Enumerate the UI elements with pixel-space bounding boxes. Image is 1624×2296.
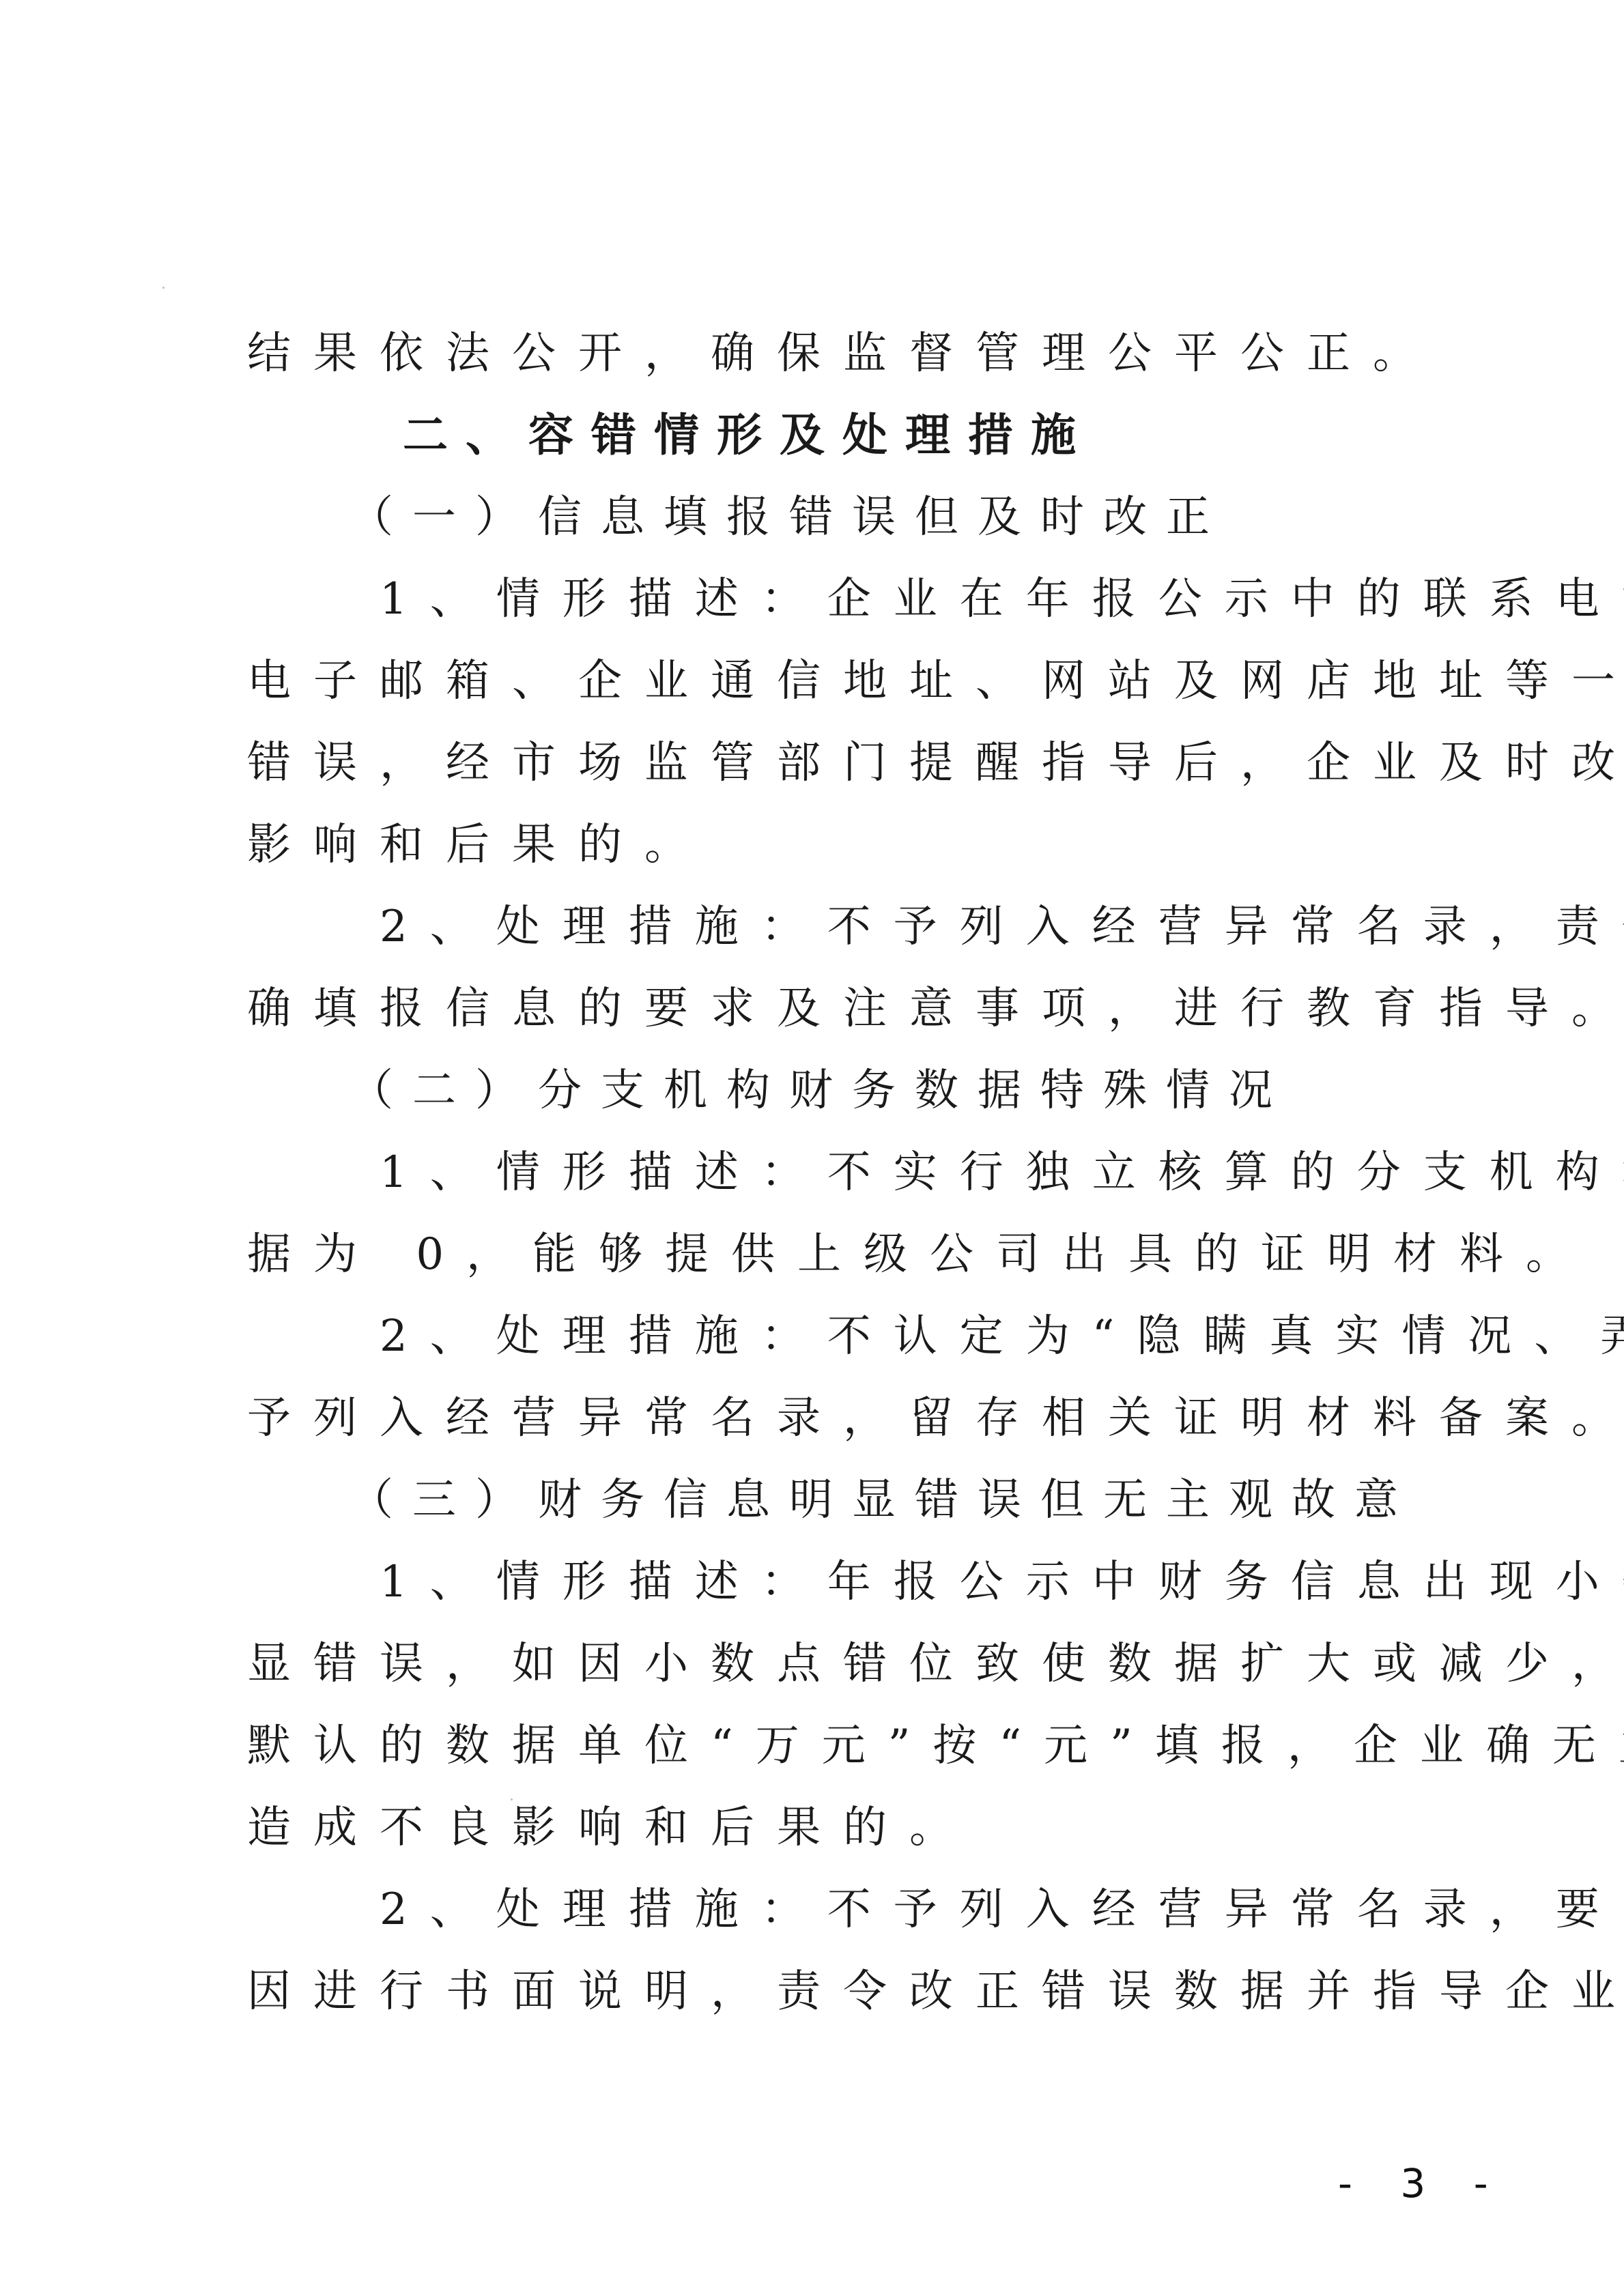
item-description-3-cont: 造成不良影响和后果的。 [247,1787,1446,1869]
item-description-1-cont: 影响和后果的。 [247,804,1446,886]
item-description-3: 1、情形描述：年报公示中财务信息出现小数点、单位等明 [247,1541,1446,1623]
page-number: - 3 - [1338,2160,1506,2207]
item-measure-1: 2、处理措施：不予列入经营异常名录，责令改正并告知正 [247,886,1446,968]
subsection-heading-1: （一）信息填报错误但及时改正 [247,476,1446,558]
item-measure-3-cont: 因进行书面说明，责令改正错误数据并指导企业规范财务信息填 [247,1951,1446,2033]
item-description-1-cont: 错误，经市场监管部门提醒指导后，企业及时改正，未造成不良 [247,722,1446,804]
item-description-3-cont: 显错误，如因小数点错位致使数据扩大或减少，以及错误把系统 [247,1623,1446,1705]
item-measure-2: 2、处理措施：不认定为“隐瞒真实情况、弄虚作假”，不 [247,1295,1446,1377]
document-page: 结果依法公开，确保监督管理公平公正。 二、容错情形及处理措施 （一）信息填报错误… [0,0,1624,2296]
section-heading: 二、容错情形及处理措施 [247,394,1446,476]
item-measure-3: 2、处理措施：不予列入经营异常名录，要求企业对错误原 [247,1869,1446,1951]
scan-speck [511,1798,513,1800]
item-measure-2-cont: 予列入经营异常名录，留存相关证明材料备案。 [247,1377,1446,1459]
subsection-heading-3: （三）财务信息明显错误但无主观故意 [247,1459,1446,1541]
document-body: 结果依法公开，确保监督管理公平公正。 二、容错情形及处理措施 （一）信息填报错误… [247,313,1446,2033]
item-description-1-cont: 电子邮箱、企业通信地址、网站及网店地址等一般状态信息填报 [247,640,1446,722]
item-description-2-cont: 据为 0，能够提供上级公司出具的证明材料。 [247,1214,1446,1295]
item-measure-1-cont: 确填报信息的要求及注意事项，进行教育指导。 [247,968,1446,1050]
subsection-heading-2: （二）分支机构财务数据特殊情况 [247,1050,1446,1132]
item-description-1: 1、情形描述：企业在年报公示中的联系电话、邮政编码、 [247,558,1446,640]
item-description-2: 1、情形描述：不实行独立核算的分支机构填报年报财务数 [247,1132,1446,1214]
paragraph-continuation: 结果依法公开，确保监督管理公平公正。 [247,313,1446,394]
item-description-3-cont: 默认的数据单位“万元”按“元”填报，企业确无主观故意，未 [247,1705,1446,1787]
scan-speck [162,287,165,289]
